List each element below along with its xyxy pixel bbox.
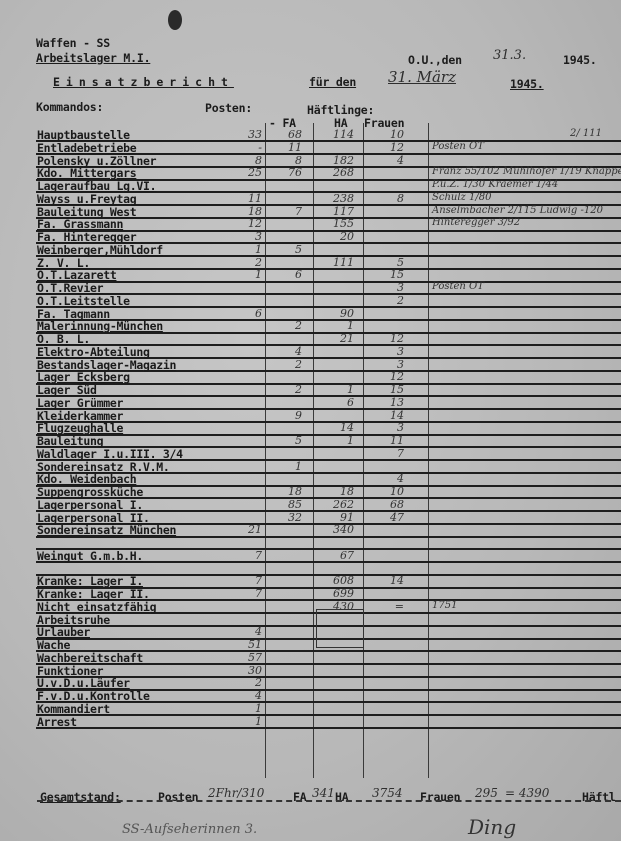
totals-double-underline	[37, 800, 621, 802]
cell-ha: 21	[318, 332, 354, 345]
row-label: Arrest	[37, 715, 77, 729]
report-date-handwritten: 31. März	[388, 68, 456, 86]
cell-ha: 1	[318, 319, 354, 332]
col-posten: Posten:	[205, 101, 252, 115]
cell-ha: 14	[318, 421, 354, 434]
cell-note2: 2/ 111	[570, 128, 602, 139]
cell-frauen: 3	[380, 345, 404, 358]
cell-ha: 6	[318, 396, 354, 409]
cell-fa: 7	[280, 205, 302, 218]
cell-frauen: 7	[380, 447, 404, 460]
cell-ha: 1	[318, 383, 354, 396]
cell-ha: 91	[318, 511, 354, 524]
cell-frauen: 68	[380, 498, 404, 511]
sick-bracket-box	[316, 609, 364, 648]
cell-fa: 68	[280, 128, 302, 141]
cell-ha: 608	[318, 574, 354, 587]
date-year: 1945.	[563, 53, 597, 67]
cell-fa: 5	[280, 243, 302, 256]
col-divider-posten	[265, 123, 266, 778]
cell-posten: 1	[238, 268, 262, 281]
cell-ha: 262	[318, 498, 354, 511]
cell-ha: 1	[318, 434, 354, 447]
row-label: Sondereinsatz München	[37, 523, 176, 537]
cell-frauen: 2	[380, 294, 404, 307]
cell-ha: 67	[318, 549, 354, 562]
cell-ha: 111	[318, 256, 354, 269]
cell-note: Posten OT	[432, 141, 484, 152]
cell-frauen: =	[380, 600, 404, 613]
cell-ha: 268	[318, 166, 354, 179]
totals-fa-value: 341	[312, 786, 335, 800]
cell-posten: 3	[238, 230, 262, 243]
cell-note: Schulz 1/80	[432, 192, 491, 203]
col-divider-fa	[313, 123, 314, 778]
cell-ha: 114	[318, 128, 354, 141]
totals-frauen-value: 295	[475, 786, 498, 800]
col-divider-frauen	[428, 123, 429, 778]
row-rule	[36, 727, 621, 729]
cell-ha: 238	[318, 192, 354, 205]
cell-ha: 20	[318, 230, 354, 243]
cell-fa: 8	[280, 154, 302, 167]
cell-frauen: 10	[380, 485, 404, 498]
cell-fa: 85	[280, 498, 302, 511]
cell-fa: 32	[280, 511, 302, 524]
cell-fa: 11	[280, 141, 302, 154]
col-kommandos: Kommandos:	[36, 100, 103, 114]
document-page: Waffen - SS Arbeitslager M.I. O.U.,den 3…	[0, 0, 621, 841]
cell-posten: 11	[238, 192, 262, 205]
totals-sum-value: = 4390	[505, 786, 549, 800]
cell-ha: 699	[318, 587, 354, 600]
cell-posten: 25	[238, 166, 262, 179]
cell-frauen: 15	[380, 268, 404, 281]
row-rule	[36, 714, 621, 716]
cell-posten: 8	[238, 154, 262, 167]
cell-posten: 51	[238, 638, 262, 651]
report-for: für den	[309, 75, 356, 89]
cell-fa: 2	[280, 383, 302, 396]
cell-frauen: 4	[380, 154, 404, 167]
cell-fa: 1	[280, 460, 302, 473]
place-label: O.U.,den	[408, 53, 462, 67]
unit-line2: Arbeitslager M.I.	[36, 51, 150, 65]
cell-fa: 18	[280, 485, 302, 498]
cell-frauen: 12	[380, 332, 404, 345]
cell-posten: 7	[238, 574, 262, 587]
cell-fa: 2	[280, 319, 302, 332]
cell-frauen: 14	[380, 574, 404, 587]
col-divider-ha	[363, 123, 364, 778]
cell-posten: 4	[238, 689, 262, 702]
cell-fa: 2	[280, 358, 302, 371]
cell-fa: 6	[280, 268, 302, 281]
cell-note: Hinteregger 3/92	[432, 217, 520, 228]
cell-frauen: 47	[380, 511, 404, 524]
cell-posten: 33	[238, 128, 262, 141]
cell-frauen: 3	[380, 281, 404, 294]
cell-fa: 4	[280, 345, 302, 358]
cell-posten: -	[238, 141, 262, 154]
cell-frauen: 12	[380, 141, 404, 154]
col-haeftlinge: Häftlinge:	[307, 103, 374, 117]
cell-frauen: 8	[380, 192, 404, 205]
cell-posten: 30	[238, 664, 262, 677]
cell-posten: 7	[238, 587, 262, 600]
cell-posten: 1	[238, 715, 262, 728]
cell-frauen: 11	[380, 434, 404, 447]
cell-frauen: 10	[380, 128, 404, 141]
row-label: Weingut G.m.b.H.	[37, 549, 143, 563]
cell-posten: 2	[238, 256, 262, 269]
cell-posten: 21	[238, 523, 262, 536]
cell-note: 1751	[432, 600, 457, 611]
cell-frauen: 5	[380, 256, 404, 269]
cell-posten: 12	[238, 217, 262, 230]
cell-frauen: 15	[380, 383, 404, 396]
cell-posten: 57	[238, 651, 262, 664]
cell-ha: 340	[318, 523, 354, 536]
date-handwritten: 31.3.	[493, 48, 526, 63]
cell-posten: 2	[238, 676, 262, 689]
cell-posten: 18	[238, 205, 262, 218]
row-rule	[36, 281, 621, 283]
cell-note: Anselmbacher 2/115 Ludwig -120	[432, 205, 603, 216]
cell-ha: 90	[318, 307, 354, 320]
cell-note: Posten OT	[432, 281, 484, 292]
cell-frauen: 13	[380, 396, 404, 409]
cell-posten: 1	[238, 702, 262, 715]
cell-frauen: 14	[380, 409, 404, 422]
cell-ha: 182	[318, 154, 354, 167]
cell-note: Franz 55/102 Mühlhofer 1/19 Knappe 1/34	[432, 166, 621, 177]
cell-frauen: 3	[380, 358, 404, 371]
cell-frauen: 3	[380, 421, 404, 434]
cell-ha: 155	[318, 217, 354, 230]
totals-ha-value: 3754	[372, 786, 403, 800]
cell-posten: 1	[238, 243, 262, 256]
cell-frauen: 4	[380, 472, 404, 485]
cell-posten: 6	[238, 307, 262, 320]
report-title: Einsatzbericht	[53, 75, 234, 89]
report-year: 1945.	[510, 77, 544, 91]
cell-note: P.u.Z. 1/30 Kraemer 1/44	[432, 179, 558, 190]
totals-posten-value: 2Fhr/310	[208, 786, 264, 800]
cell-fa: 9	[280, 409, 302, 422]
cell-posten: 7	[238, 549, 262, 562]
ink-blot	[168, 10, 182, 30]
cell-ha: 117	[318, 205, 354, 218]
unit-line1: Waffen - SS	[36, 36, 110, 50]
cell-posten: 4	[238, 625, 262, 638]
footer-note: SS-Aufseherinnen 3.	[122, 822, 257, 837]
cell-fa: 5	[280, 434, 302, 447]
signature: Ding	[468, 815, 516, 839]
cell-fa: 76	[280, 166, 302, 179]
cell-frauen: 12	[380, 370, 404, 383]
cell-ha: 18	[318, 485, 354, 498]
